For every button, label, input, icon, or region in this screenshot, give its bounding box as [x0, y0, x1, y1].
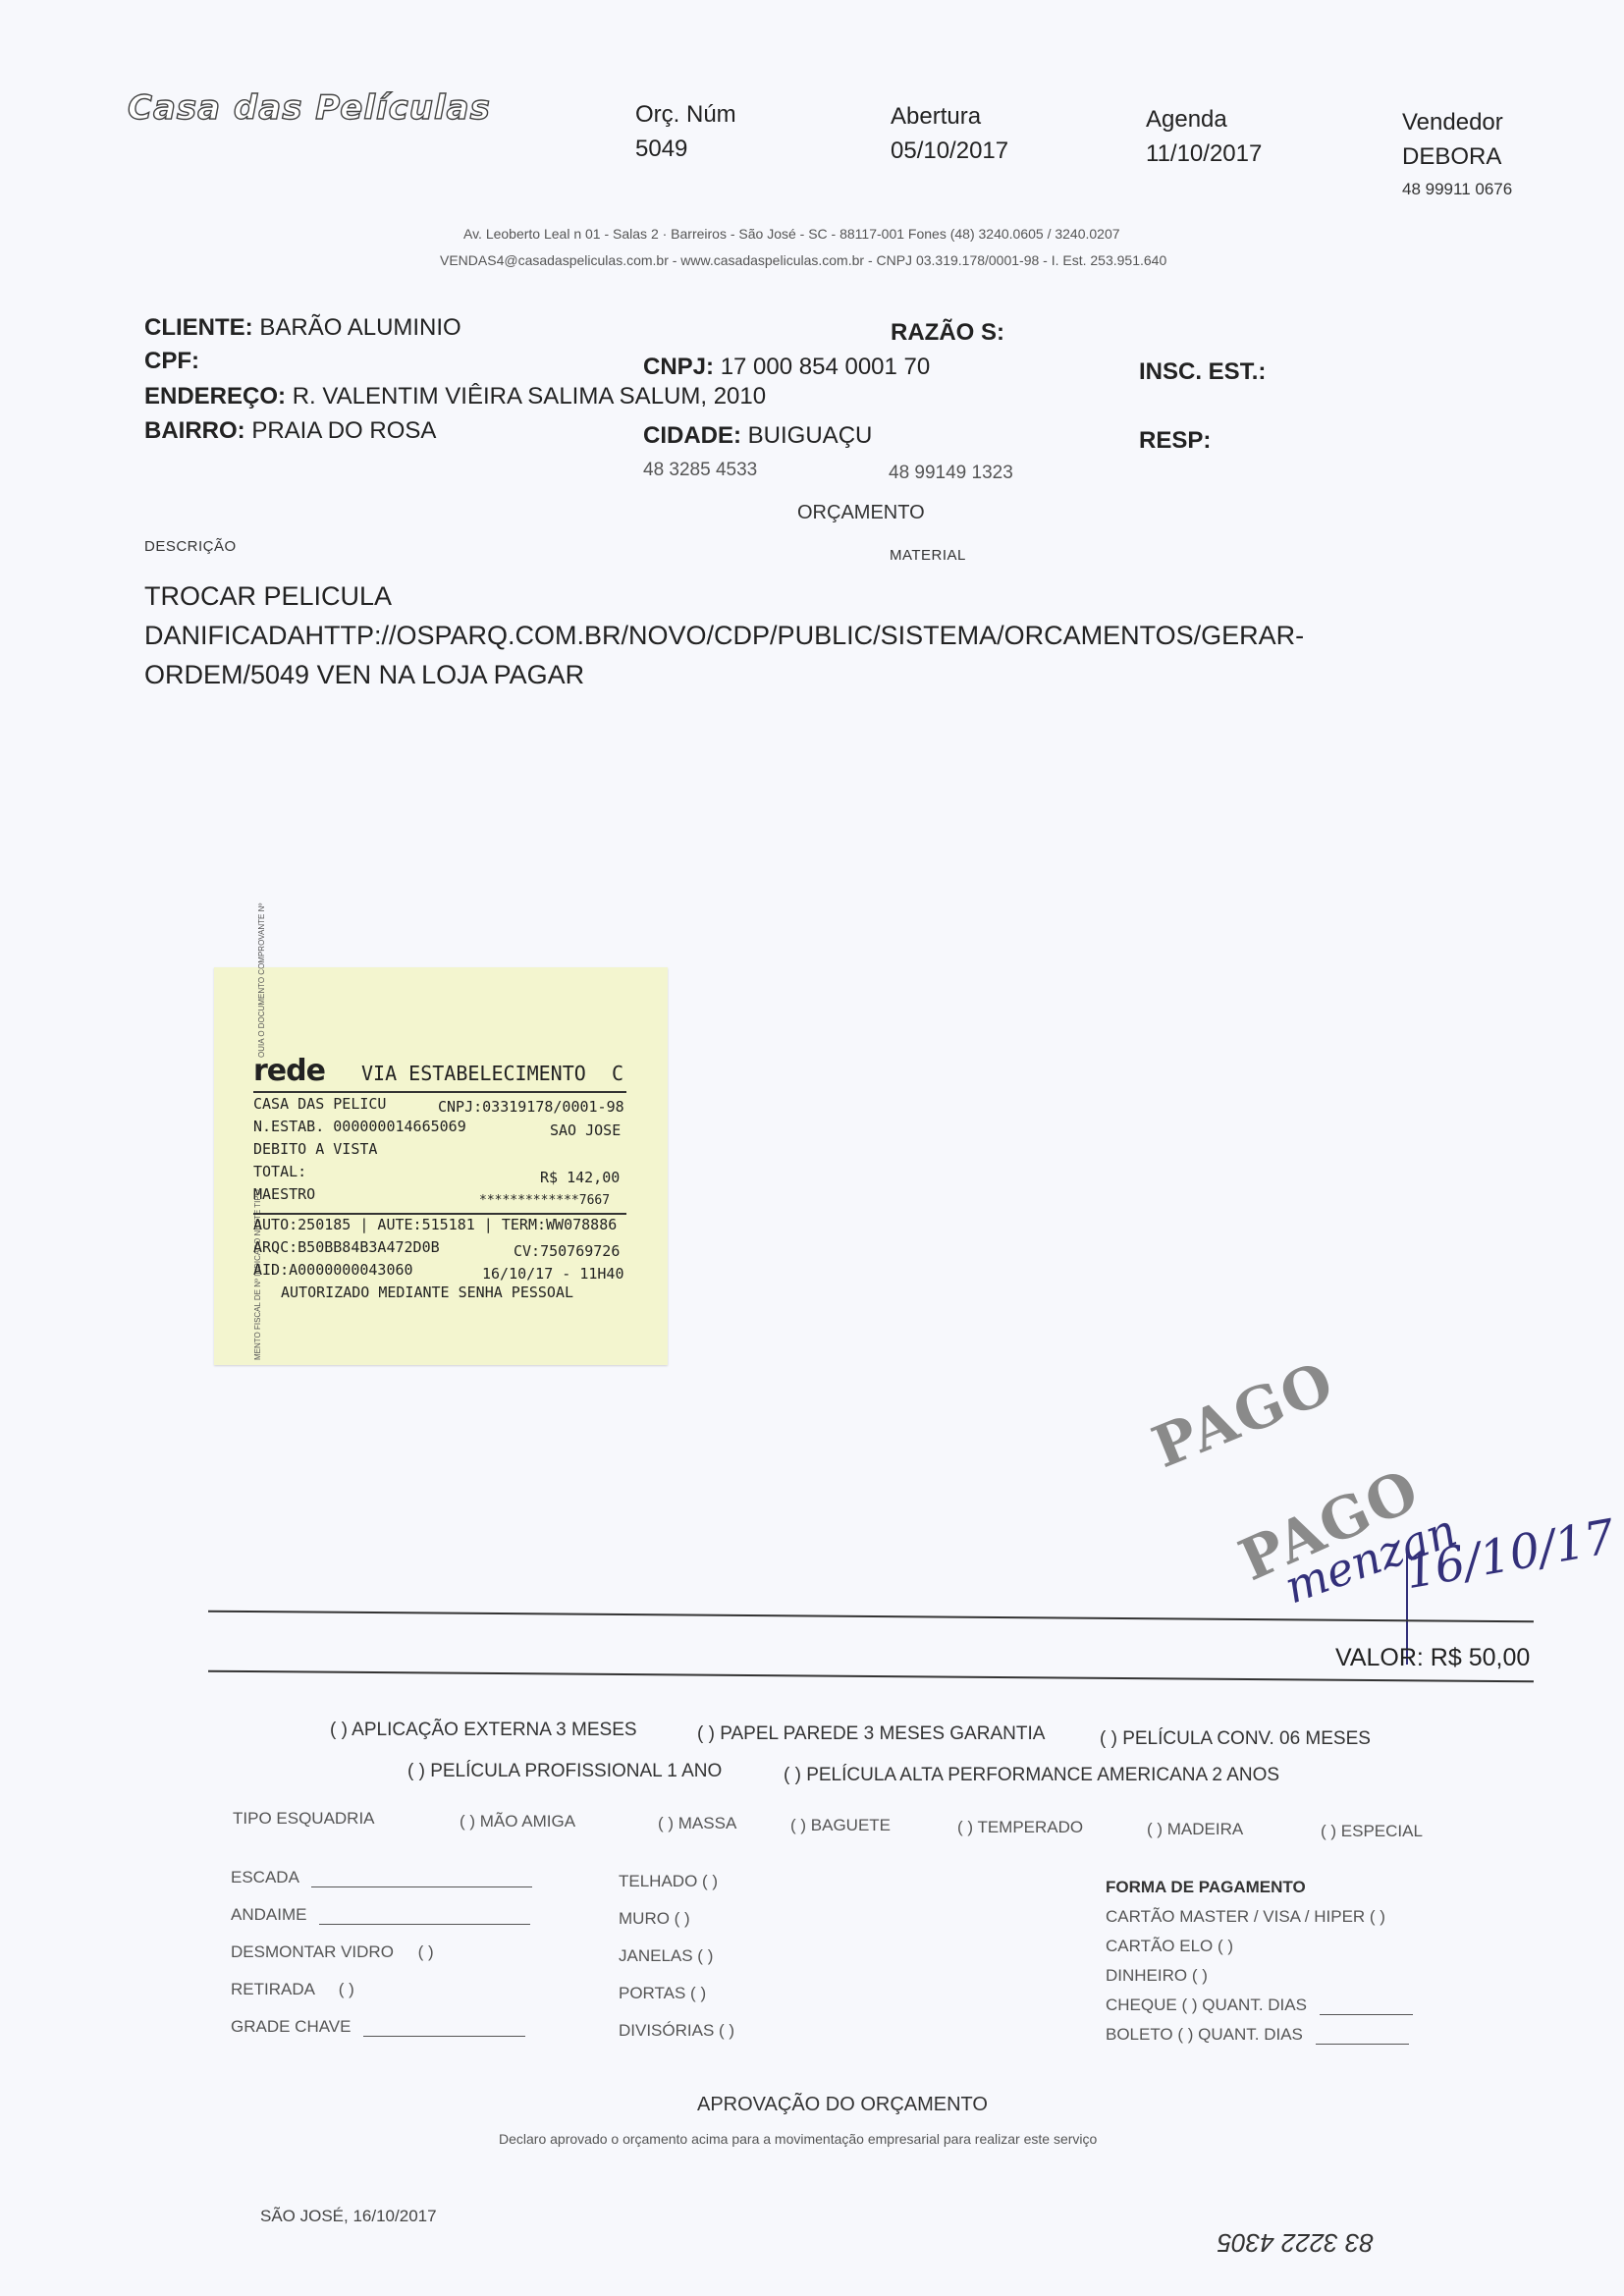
description-line-1: TROCAR PELICULA — [144, 576, 1440, 616]
receipt-datetime: 16/10/17 - 11H40 — [482, 1265, 624, 1283]
receipt-card-number: *************7667 — [479, 1193, 610, 1208]
receipt-type: DEBITO A VISTA — [253, 1140, 377, 1158]
service-escada-label: ESCADA — [231, 1868, 298, 1886]
service-desmontar-vidro-check[interactable]: ( ) — [418, 1942, 434, 1961]
receipt-divider-1 — [253, 1091, 626, 1093]
approval-declaration: Declaro aprovado o orçamento acima para … — [499, 2131, 1097, 2147]
bairro-label: BAIRRO: — [144, 417, 245, 444]
insc-est-label: INSC. EST.: — [1139, 358, 1266, 385]
resp-field: RESP: — [1139, 427, 1211, 455]
receipt-city: SAO JOSE — [550, 1121, 621, 1139]
cidade-label: CIDADE: — [643, 422, 741, 449]
cliente-value: BARÃO ALUMINIO — [259, 314, 460, 341]
cpf-field: CPF: — [144, 348, 199, 375]
payment-cartao-master[interactable]: CARTÃO MASTER / VISA / HIPER ( ) — [1106, 1907, 1385, 1927]
pago-stamp-1: PAGO — [1144, 1348, 1344, 1481]
service-portas[interactable]: PORTAS ( ) — [619, 1984, 706, 2003]
abertura-label: Abertura — [891, 103, 981, 131]
receipt-via: VIA ESTABELECIMENTO — [361, 1062, 586, 1085]
insc-est-field: INSC. EST.: — [1139, 358, 1266, 386]
esquadria-baguete[interactable]: ( ) BAGUETE — [790, 1816, 891, 1835]
option-pelicula-conv[interactable]: ( ) PELÍCULA CONV. 06 MESES — [1100, 1728, 1371, 1750]
esquadria-mao-amiga[interactable]: ( ) MÃO AMIGA — [460, 1812, 575, 1831]
receipt-auto-line: AUTO:250185 | AUTE:515181 | TERM:WW07888… — [253, 1216, 617, 1233]
option-pelicula-profissional[interactable]: ( ) PELÍCULA PROFISSIONAL 1 ANO — [407, 1761, 722, 1782]
service-retirada-label: RETIRADA — [231, 1980, 314, 1998]
option-pelicula-alta-performance[interactable]: ( ) PELÍCULA ALTA PERFORMANCE AMERICANA … — [784, 1765, 1279, 1786]
payment-cartao-elo[interactable]: CARTÃO ELO ( ) — [1106, 1937, 1233, 1956]
valor-top-divider — [208, 1611, 1534, 1623]
company-logo: Casa das Películas — [128, 88, 491, 128]
description-text: TROCAR PELICULA DANIFICADAHTTP://OSPARQ.… — [144, 576, 1440, 694]
upside-down-phone: 83 3222 4305 — [1218, 2227, 1374, 2258]
vendedor-value: DEBORA — [1402, 143, 1501, 171]
payment-cheque-days-field[interactable] — [1320, 2014, 1413, 2015]
cnpj-value: 17 000 854 0001 70 — [721, 354, 931, 380]
esquadria-massa[interactable]: ( ) MASSA — [658, 1814, 736, 1833]
cpf-label: CPF: — [144, 348, 199, 374]
service-grade-chave-label: GRADE CHAVE — [231, 2017, 352, 2036]
payment-boleto: BOLETO ( ) QUANT. DIAS — [1106, 2025, 1409, 2045]
endereco-label: ENDEREÇO: — [144, 383, 286, 410]
endereco-value: R. VALENTIM VIÊIRA SALIMA SALUM, 2010 — [293, 383, 766, 410]
payment-dinheiro[interactable]: DINHEIRO ( ) — [1106, 1966, 1208, 1986]
descricao-label: DESCRIÇÃO — [144, 538, 237, 555]
esquadria-label: TIPO ESQUADRIA — [233, 1809, 375, 1829]
service-andaime: ANDAIME — [231, 1905, 530, 1925]
razao-field: RAZÃO S: — [891, 319, 1004, 347]
cliente-label: CLIENTE: — [144, 314, 253, 341]
cnpj-field: CNPJ: 17 000 854 0001 70 — [643, 354, 930, 381]
receipt-arqc: ARQC:B50BB84B3A472D0B — [253, 1238, 440, 1256]
esquadria-madeira[interactable]: ( ) MADEIRA — [1147, 1820, 1243, 1839]
receipt-card-brand: MAESTRO — [253, 1185, 315, 1203]
company-address-line1: Av. Leoberto Leal n 01 - Salas 2 · Barre… — [463, 226, 1120, 242]
payment-cheque: CHEQUE ( ) QUANT. DIAS — [1106, 1995, 1413, 2015]
material-label: MATERIAL — [890, 547, 966, 564]
service-escada: ESCADA — [231, 1868, 532, 1887]
payment-boleto-label[interactable]: BOLETO ( ) QUANT. DIAS — [1106, 2025, 1303, 2044]
approval-place-date: SÃO JOSÉ, 16/10/2017 — [260, 2207, 437, 2226]
receipt-total-label: TOTAL: — [253, 1163, 306, 1180]
receipt-divider-2 — [253, 1213, 626, 1215]
service-escada-field[interactable] — [311, 1886, 532, 1887]
service-desmontar-vidro: DESMONTAR VIDRO ( ) — [231, 1942, 434, 1962]
endereco-field: ENDEREÇO: R. VALENTIM VIÊIRA SALIMA SALU… — [144, 383, 766, 410]
service-grade-chave: GRADE CHAVE — [231, 2017, 525, 2037]
payment-cheque-label[interactable]: CHEQUE ( ) QUANT. DIAS — [1106, 1995, 1307, 2014]
service-retirada-check[interactable]: ( ) — [339, 1980, 354, 1998]
receipt-aid: AID:A0000000043060 — [253, 1261, 413, 1279]
service-muro[interactable]: MURO ( ) — [619, 1909, 690, 1929]
receipt-merchant: CASA DAS PELICU — [253, 1095, 386, 1113]
vendedor-phone: 48 99911 0676 — [1402, 180, 1512, 199]
receipt-cv: CV:750769726 — [514, 1242, 620, 1260]
service-andaime-label: ANDAIME — [231, 1905, 306, 1924]
abertura-value: 05/10/2017 — [891, 137, 1008, 165]
valor-total: VALOR: R$ 50,00 — [1335, 1644, 1530, 1672]
receipt-via-code: C — [612, 1062, 623, 1085]
cidade-field: CIDADE: BUIGUAÇU — [643, 422, 872, 450]
option-papel-parede[interactable]: ( ) PAPEL PAREDE 3 MESES GARANTIA — [697, 1723, 1045, 1745]
client-phone-1: 48 3285 4533 — [643, 460, 757, 481]
agenda-value: 11/10/2017 — [1146, 140, 1262, 168]
service-divisorias[interactable]: DIVISÓRIAS ( ) — [619, 2021, 734, 2041]
receipt-estab: N.ESTAB. 000000014665069 — [253, 1118, 466, 1135]
rede-logo: rede — [253, 1054, 325, 1088]
service-janelas[interactable]: JANELAS ( ) — [619, 1946, 713, 1966]
option-aplicacao-externa[interactable]: ( ) APLICAÇÃO EXTERNA 3 MESES — [330, 1720, 637, 1741]
esquadria-temperado[interactable]: ( ) TEMPERADO — [957, 1818, 1083, 1837]
receipt-total-value: R$ 142,00 — [540, 1169, 620, 1186]
orc-num-label: Orç. Núm — [635, 101, 736, 129]
payment-boleto-days-field[interactable] — [1316, 2044, 1409, 2045]
resp-label: RESP: — [1139, 427, 1211, 454]
card-receipt: OUIA O DOCUMENTO COMPROVANTE Nº MENTO FI… — [214, 967, 668, 1365]
receipt-authorized: AUTORIZADO MEDIANTE SENHA PESSOAL — [281, 1284, 573, 1301]
bairro-value: PRAIA DO ROSA — [251, 417, 436, 444]
orcamento-title: ORÇAMENTO — [797, 502, 925, 524]
vendedor-label: Vendedor — [1402, 109, 1503, 137]
orc-num-value: 5049 — [635, 136, 687, 163]
service-desmontar-vidro-label: DESMONTAR VIDRO — [231, 1942, 394, 1961]
esquadria-especial[interactable]: ( ) ESPECIAL — [1321, 1822, 1423, 1841]
receipt-side-text-top: OUIA O DOCUMENTO COMPROVANTE Nº — [257, 903, 266, 1058]
payment-title: FORMA DE PAGAMENTO — [1106, 1878, 1306, 1897]
cnpj-label: CNPJ: — [643, 354, 714, 380]
client-phone-2: 48 99149 1323 — [889, 463, 1013, 484]
service-retirada: RETIRADA ( ) — [231, 1980, 354, 1999]
service-andaime-field[interactable] — [319, 1924, 530, 1925]
cliente-field: CLIENTE: BARÃO ALUMINIO — [144, 314, 461, 342]
bairro-field: BAIRRO: PRAIA DO ROSA — [144, 417, 436, 445]
cidade-value: BUIGUAÇU — [748, 422, 873, 449]
razao-label: RAZÃO S: — [891, 319, 1004, 346]
agenda-label: Agenda — [1146, 106, 1227, 134]
company-address-line2: VENDAS4@casadaspeliculas.com.br - www.ca… — [440, 252, 1166, 268]
description-line-2: DANIFICADAHTTP://OSPARQ.COM.BR/NOVO/CDP/… — [144, 616, 1440, 655]
service-grade-chave-field[interactable] — [363, 2036, 525, 2037]
approval-title: APROVAÇÃO DO ORÇAMENTO — [697, 2094, 988, 2116]
description-line-3: ORDEM/5049 VEN NA LOJA PAGAR — [144, 655, 1440, 694]
receipt-cnpj: CNPJ:03319178/0001-98 — [438, 1098, 624, 1116]
service-telhado[interactable]: TELHADO ( ) — [619, 1872, 718, 1891]
